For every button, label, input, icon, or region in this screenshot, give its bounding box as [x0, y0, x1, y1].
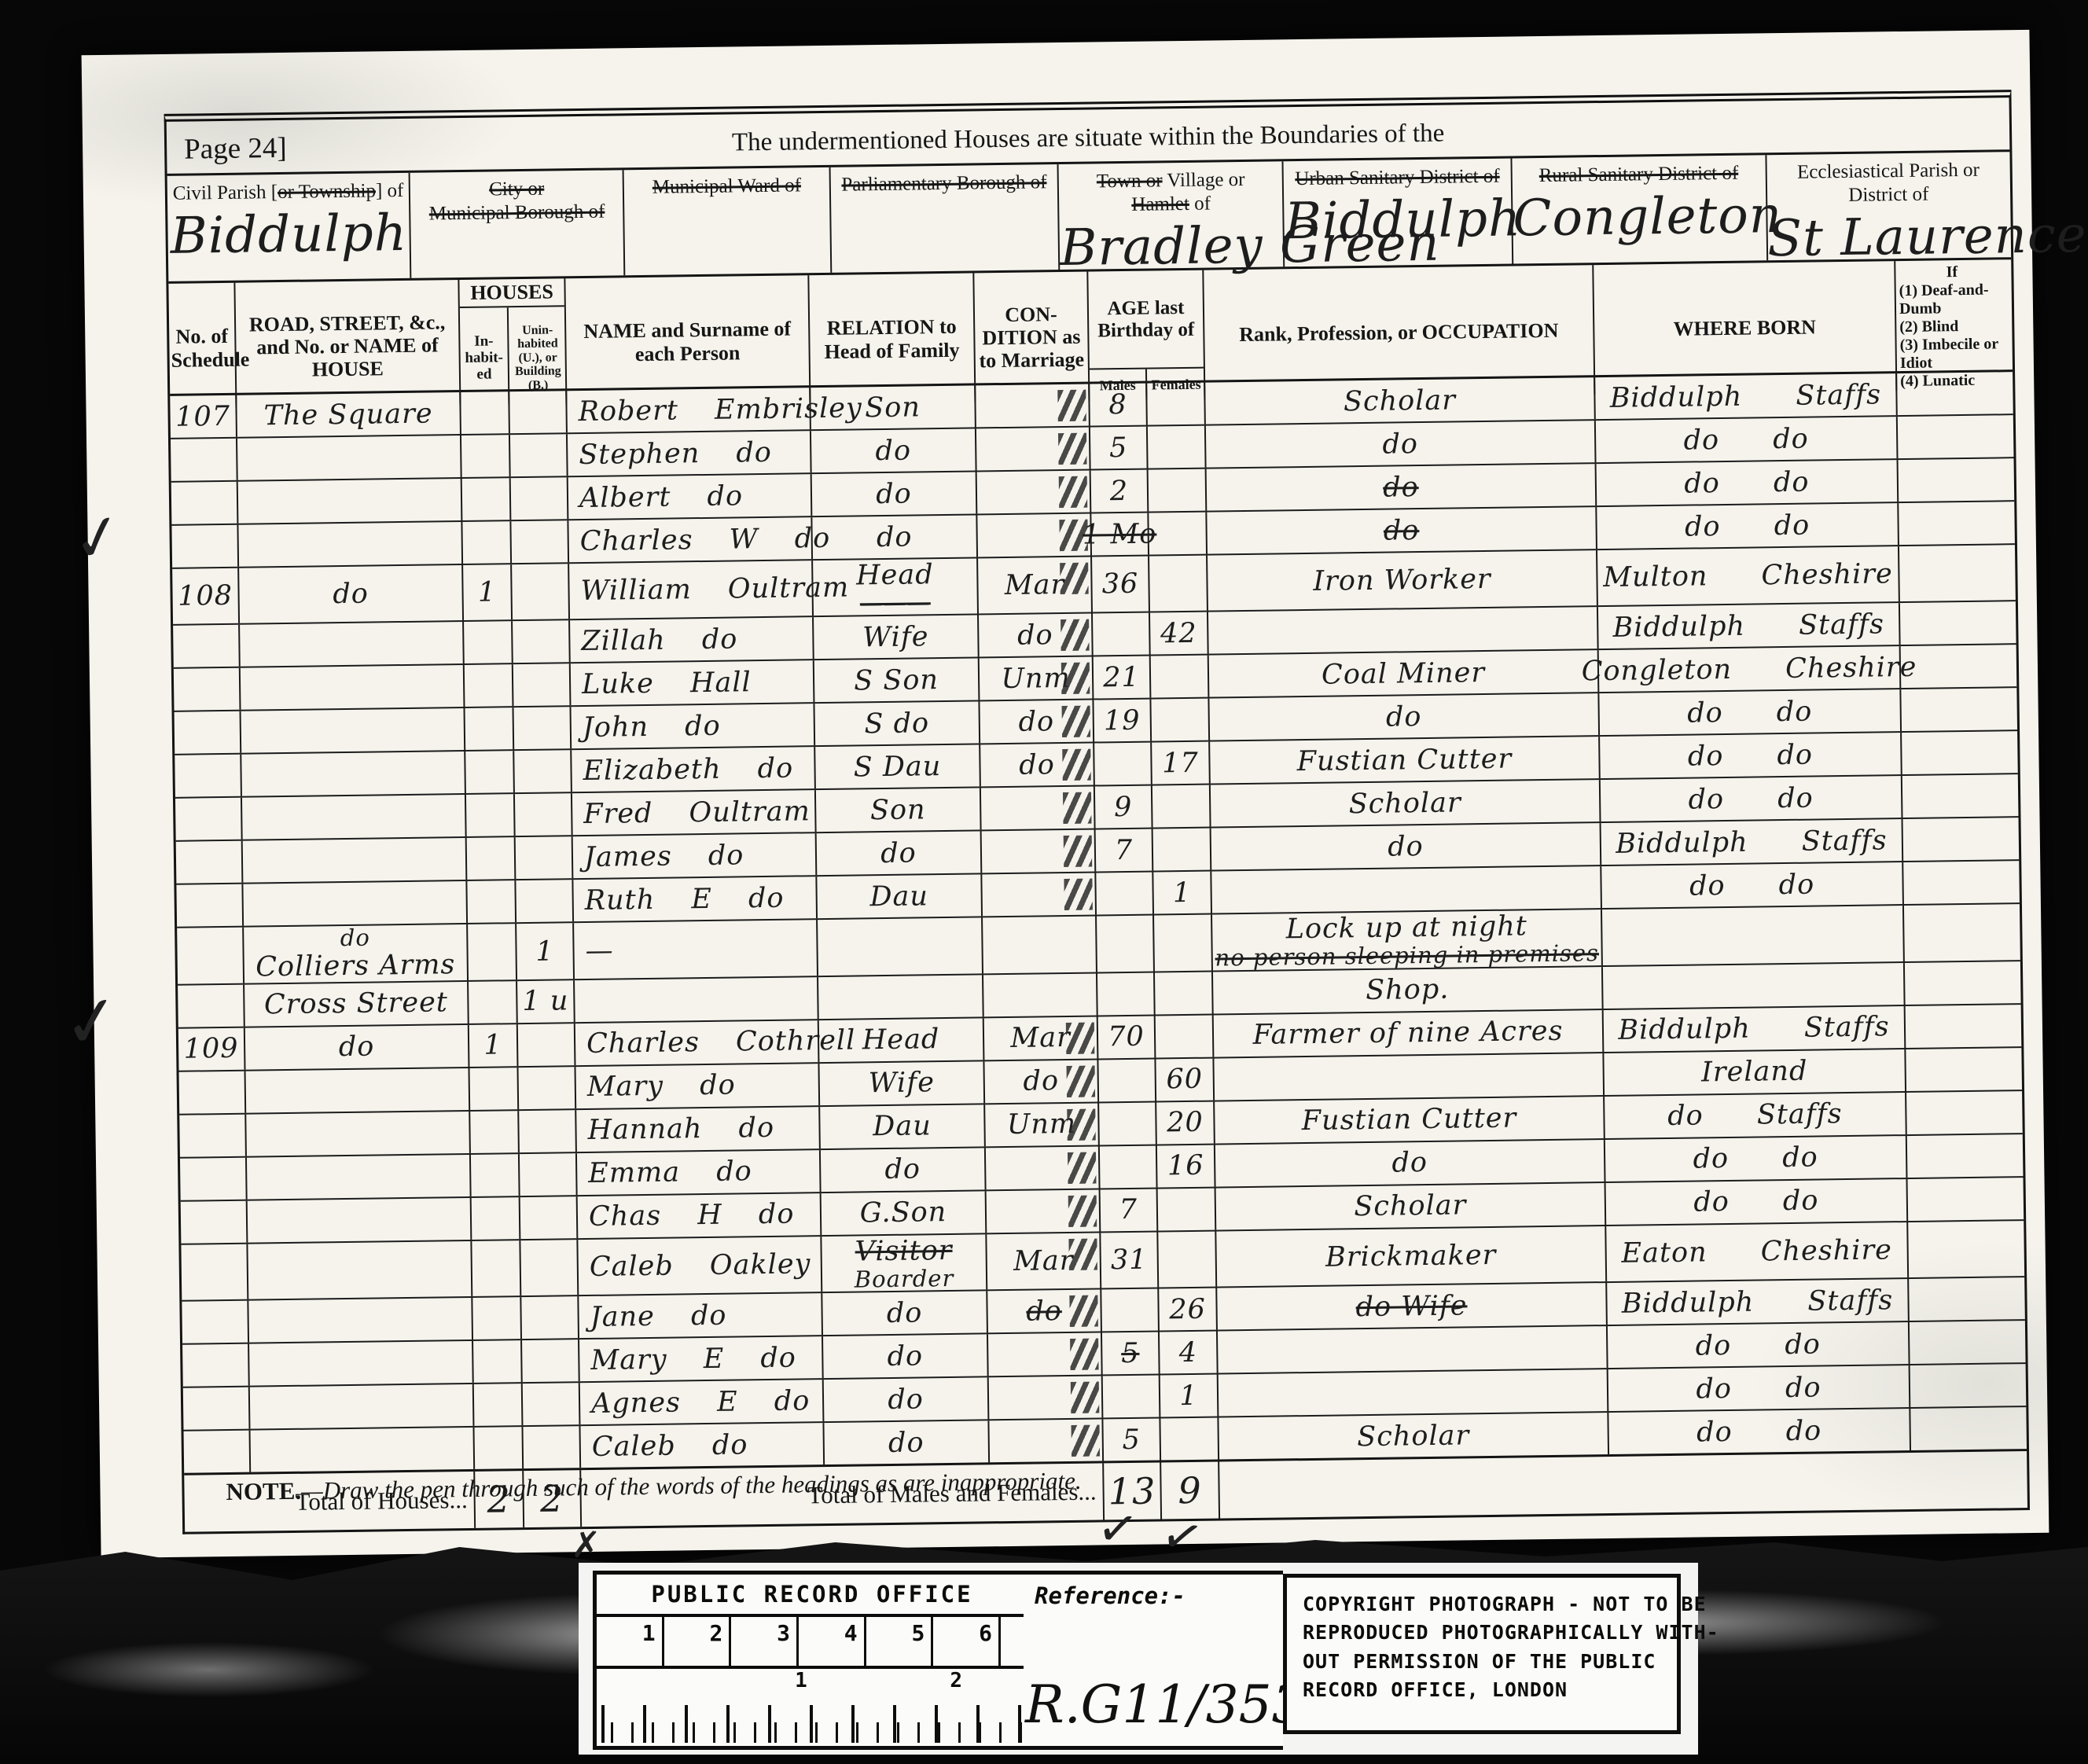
cell-age-male	[1097, 916, 1155, 972]
cell-occupation	[1214, 1053, 1605, 1100]
cell-person-name: —	[574, 921, 818, 979]
pro-ruler-box: PUBLIC RECORD OFFICE 1 2 3 4 5 6 1 2	[593, 1571, 1031, 1750]
cell-age-female	[1155, 972, 1214, 1014]
cell-person-name: Charles Cothrell	[575, 1020, 820, 1065]
cell-schedule-number	[171, 439, 238, 481]
ruler-cm-6: 6	[933, 1617, 1001, 1666]
cell-relation: Head———	[813, 558, 979, 616]
cell-uninhabited	[520, 1196, 579, 1239]
cell-inhabited	[472, 1197, 521, 1240]
cell-age-male: 36	[1092, 557, 1150, 612]
district-municipal-borough: City orMunicipal Borough of	[410, 170, 626, 278]
district-label: Urban Sanitary District of	[1284, 159, 1511, 192]
pen-check-mark: ✓	[57, 977, 126, 1065]
cell-infirmity	[1901, 645, 2013, 689]
cell-age-female	[1149, 513, 1208, 555]
cell-infirmity	[1910, 1364, 2022, 1407]
cell-relation: G.Son	[822, 1191, 987, 1235]
cell-age-male: 8	[1090, 384, 1148, 426]
col-header-houses: HOUSES	[459, 278, 564, 308]
district-label: City orMunicipal Borough of	[410, 170, 623, 226]
cell-age-male	[1098, 1059, 1156, 1101]
cell-uninhabited	[514, 751, 572, 793]
cell-road-name: The Square	[237, 392, 461, 437]
cell-where-born	[1602, 906, 1905, 965]
cell-schedule-number: 108	[172, 568, 240, 625]
cell-road-name	[248, 1198, 472, 1243]
cell-where-born: do do	[1608, 1365, 1911, 1411]
cell-condition: do	[980, 700, 1094, 744]
cell-age-male: 5	[1102, 1332, 1160, 1375]
cell-inhabited	[467, 881, 516, 924]
cell-relation: Son	[811, 385, 976, 429]
cell-inhabited	[470, 1068, 520, 1110]
census-form: Page 24] The undermentioned Houses are s…	[164, 90, 2030, 1534]
cell-infirmity	[1906, 1091, 2018, 1134]
cell-person-name: Caleb Oakley	[578, 1237, 822, 1295]
cell-occupation	[1208, 608, 1599, 654]
district-civil-parish: Civil Parish [or Township] of Biddulph	[167, 173, 412, 281]
cell-inhabited	[461, 391, 510, 434]
cell-relation: do	[823, 1335, 989, 1379]
cell-age-female	[1149, 469, 1208, 512]
cell-where-born: Ireland	[1604, 1049, 1906, 1095]
cell-schedule-number	[175, 711, 242, 754]
cell-age-female	[1158, 1231, 1217, 1287]
ruler-inch-1: 1	[795, 1669, 807, 1692]
cell-relation	[818, 975, 984, 1019]
cell-road-name	[242, 795, 467, 840]
cell-schedule-number: 107	[170, 395, 237, 438]
cell-uninhabited: 1 u	[517, 980, 575, 1023]
district-urban-sanitary: Urban Sanitary District of Biddulph	[1284, 158, 1513, 266]
cell-inhabited: 1	[463, 564, 513, 620]
ruler-inch-2: 2	[950, 1669, 962, 1692]
district-label: Municipal Ward of	[624, 167, 829, 200]
cell-schedule-number	[176, 884, 244, 927]
cell-relation: VisitorBoarder	[822, 1234, 987, 1292]
cell-road-name: Cross Street	[244, 982, 469, 1027]
cell-road-name	[237, 435, 462, 480]
cell-uninhabited	[513, 621, 571, 663]
cell-age-female: 1	[1153, 872, 1212, 914]
cell-infirmity	[1899, 502, 2010, 545]
cell-where-born: do do	[1605, 1136, 1908, 1182]
cell-person-name: Emma do	[577, 1150, 822, 1195]
cell-inhabited	[465, 752, 515, 794]
cell-infirmity	[1906, 1005, 2017, 1048]
cell-relation: do	[812, 472, 978, 516]
cell-schedule-number	[179, 1071, 247, 1114]
cell-age-female: 20	[1156, 1101, 1215, 1144]
cell-condition: Mar	[978, 557, 1093, 614]
cell-person-name: James do	[573, 834, 818, 879]
cell-relation: do	[811, 428, 977, 472]
cell-condition	[977, 471, 1092, 514]
cell-condition	[976, 384, 1090, 428]
cell-person-name: Luke Hall	[571, 661, 815, 706]
cell-person-name: Agnes E do	[580, 1380, 825, 1424]
cell-person-name: Jane do	[579, 1293, 823, 1338]
cell-person-name: William Oultram	[569, 560, 814, 619]
cell-person-name: Zillah do	[570, 618, 814, 663]
cell-inhabited: 1	[469, 1024, 519, 1067]
district-town-village: Town or Village orHamlet of Bradley Gree…	[1059, 161, 1285, 270]
col-header-houses-group: HOUSES In-habit-ed Unin-habited (U.), or…	[459, 278, 567, 410]
cell-infirmity	[1899, 545, 2011, 601]
cell-age-female: 4	[1160, 1332, 1219, 1374]
cell-condition	[988, 1333, 1103, 1376]
cell-age-female	[1149, 556, 1208, 612]
cell-person-name: John do	[572, 704, 816, 749]
cell-uninhabited	[512, 564, 570, 619]
census-page-scan: Page 24] The undermentioned Houses are s…	[82, 30, 2049, 1558]
cell-infirmity	[1903, 862, 2015, 905]
cell-relation: S do	[814, 702, 980, 746]
cell-occupation: Fustian Cutter	[1210, 737, 1601, 784]
cell-where-born: Biddulph Staffs	[1604, 1006, 1906, 1052]
cell-condition	[989, 1376, 1104, 1420]
cell-where-born: Eaton Cheshire	[1606, 1222, 1909, 1281]
cell-occupation	[1219, 1369, 1609, 1416]
infirmities-header: If(1) Deaf-and-Dumb(2) Blind(3) Imbecile…	[1895, 259, 2008, 391]
cell-inhabited	[462, 478, 512, 520]
cell-road-name	[240, 622, 465, 667]
cell-infirmity	[1908, 1178, 2020, 1221]
cell-road-name	[248, 1298, 473, 1343]
cell-where-born: do do	[1597, 503, 1899, 549]
cell-where-born: Congleton Cheshire	[1599, 647, 1902, 693]
ruler-cm-scale: 1 2 3 4 5 6	[597, 1617, 1027, 1669]
cell-schedule-number	[175, 755, 242, 797]
cell-age-female: 60	[1156, 1058, 1215, 1101]
col-header-age-group: AGE last Birthday of Males Females	[1088, 270, 1205, 402]
col-header-condition: CON-DITION as to Marriage	[974, 272, 1090, 403]
cell-inhabited	[470, 1111, 520, 1153]
footnote-prefix: NOTE.	[226, 1477, 301, 1505]
cell-relation: S Son	[814, 659, 980, 703]
cell-age-male	[1103, 1376, 1161, 1418]
cell-condition: Unm	[980, 657, 1094, 700]
cell-age-male: 19	[1094, 700, 1152, 742]
cell-age-female	[1153, 829, 1212, 871]
cell-age-male	[1093, 613, 1151, 656]
cell-person-name: Ruth E do	[573, 877, 818, 922]
cell-condition: do	[980, 744, 1095, 787]
cell-infirmity	[1905, 961, 2016, 1005]
district-ecclesiastical-parish: Ecclesiastical Parish orDistrict of St L…	[1766, 152, 2011, 260]
district-label: Parliamentary Borough of	[830, 164, 1057, 197]
district-label: Ecclesiastical Parish orDistrict of	[1766, 152, 2010, 208]
cell-infirmity	[1899, 458, 2010, 502]
cell-relation: Wife	[819, 1061, 985, 1105]
district-rural-sanitary: Rural Sanitary District of Congleton	[1513, 155, 1768, 263]
cell-age-female	[1156, 1015, 1215, 1057]
cell-where-born: Biddulph Staffs	[1598, 604, 1901, 649]
cell-schedule-number	[176, 841, 244, 884]
cell-schedule-number	[173, 625, 241, 667]
cell-where-born	[1603, 963, 1906, 1009]
cell-occupation: do	[1206, 421, 1597, 467]
cell-infirmity	[1902, 732, 2013, 775]
cell-road-name	[241, 708, 466, 753]
cell-occupation: do	[1207, 507, 1597, 553]
cell-where-born: Biddulph Staffs	[1595, 373, 1898, 419]
cell-uninhabited	[509, 391, 568, 433]
cell-age-male: 5	[1103, 1419, 1161, 1461]
cell-occupation: Scholar	[1205, 377, 1596, 424]
cell-relation: do	[824, 1378, 990, 1422]
cell-age-male: 31	[1101, 1232, 1159, 1288]
cell-relation: S Dau	[815, 745, 981, 789]
cell-age-female	[1154, 915, 1213, 971]
cell-road-name	[241, 752, 466, 796]
cell-uninhabited	[520, 1153, 578, 1196]
cell-infirmity	[1906, 1048, 2017, 1091]
cell-uninhabited	[516, 837, 574, 880]
ruler-tick-marks	[601, 1705, 1023, 1743]
cell-age-female	[1152, 785, 1211, 828]
cell-inhabited	[469, 981, 518, 1023]
cell-infirmity	[1898, 415, 2009, 458]
cell-relation: Dau	[820, 1104, 986, 1148]
cell-uninhabited	[511, 520, 569, 563]
cell-inhabited	[464, 622, 513, 664]
cell-person-name: Mary E do	[579, 1336, 824, 1381]
cell-relation: Dau	[817, 875, 983, 919]
cell-condition	[989, 1420, 1104, 1463]
cell-person-name: Robert Embrisley	[567, 388, 811, 432]
cell-inhabited	[465, 708, 515, 751]
cell-inhabited	[465, 665, 514, 707]
cell-relation: do	[822, 1292, 988, 1336]
cell-infirmity	[1897, 372, 2009, 415]
cell-occupation: Iron Worker	[1208, 550, 1598, 611]
cell-age-female	[1151, 699, 1210, 741]
cell-relation: do	[821, 1148, 987, 1192]
cell-schedule-number	[171, 525, 239, 568]
cell-age-female	[1160, 1418, 1219, 1461]
cell-age-female: 26	[1159, 1288, 1218, 1331]
cell-occupation: Scholar	[1219, 1413, 1609, 1459]
cell-uninhabited	[510, 434, 568, 476]
cell-uninhabited	[519, 1110, 577, 1152]
cell-condition	[983, 973, 1098, 1016]
cell-age-male	[1094, 743, 1152, 785]
cell-where-born: do do	[1599, 690, 1902, 736]
cell-infirmity	[1910, 1407, 2022, 1450]
col-header-schedule: No. ofSchedule	[168, 283, 237, 413]
cell-condition	[987, 1189, 1101, 1233]
cell-person-name: Mary do	[575, 1064, 820, 1108]
cell-occupation: Scholar	[1216, 1183, 1607, 1229]
cell-age-female	[1147, 383, 1206, 425]
cell-schedule-number	[175, 798, 243, 840]
cell-condition	[977, 514, 1092, 557]
cell-where-born: do do	[1596, 417, 1899, 462]
cell-uninhabited	[521, 1296, 579, 1339]
ruler-cm-2: 2	[664, 1617, 732, 1666]
cell-age-female	[1158, 1188, 1217, 1230]
cell-person-name	[575, 977, 819, 1022]
cell-occupation: Lock up at nightno person sleeping in pr…	[1212, 910, 1603, 971]
district-label: Rural Sanitary District of	[1513, 155, 1766, 188]
district-label: Civil Parish [or Township] of	[167, 173, 410, 206]
cell-occupation: do	[1215, 1140, 1606, 1186]
cell-schedule-number	[184, 1431, 252, 1473]
pen-cross-mark: ✗	[571, 1523, 601, 1566]
cell-age-male: 7	[1101, 1189, 1159, 1231]
cell-schedule-number	[181, 1244, 248, 1301]
cell-person-name: Stephen do	[568, 431, 812, 476]
cell-road-name	[251, 1428, 476, 1472]
cell-age-male	[1097, 972, 1156, 1015]
cell-occupation: Farmer of nine Acres	[1214, 1010, 1605, 1057]
cell-infirmity	[1901, 689, 2013, 732]
cell-inhabited	[474, 1427, 524, 1469]
cell-condition	[982, 873, 1097, 917]
cell-person-name: Charles W do	[568, 517, 813, 562]
cell-age-male	[1100, 1145, 1158, 1188]
cell-age-male	[1099, 1102, 1157, 1145]
cell-occupation	[1211, 867, 1602, 913]
cell-road-name	[246, 1068, 471, 1113]
totals-empty	[1219, 1451, 2023, 1518]
cell-where-born: do do	[1597, 460, 1899, 505]
cell-inhabited	[471, 1154, 520, 1196]
cell-schedule-number	[181, 1201, 248, 1244]
cell-occupation: do	[1207, 464, 1597, 510]
reference-area: Reference:- R.G11/3535.	[1024, 1571, 1283, 1750]
cell-relation: Son	[816, 788, 982, 832]
cell-infirmity	[1909, 1277, 2020, 1321]
cell-infirmity	[1900, 602, 2012, 645]
cell-where-born: Multon Cheshire	[1597, 546, 1900, 605]
cell-road-name: do	[245, 1025, 470, 1070]
cell-road-name	[238, 522, 463, 567]
cell-occupation	[1218, 1326, 1608, 1373]
cell-schedule-number	[174, 668, 241, 711]
cell-occupation: Shop.	[1213, 967, 1604, 1013]
cell-age-female: 16	[1157, 1145, 1216, 1187]
cell-relation: Wife	[814, 616, 980, 660]
cell-condition: do	[979, 614, 1094, 657]
cell-schedule-number	[180, 1158, 248, 1200]
cell-age-female: 1	[1160, 1375, 1219, 1417]
cell-age-male	[1101, 1289, 1160, 1332]
cell-schedule-number	[182, 1301, 249, 1343]
cell-where-born: Biddulph Staffs	[1601, 819, 1904, 865]
cell-age-female: 17	[1152, 742, 1211, 785]
public-record-office-stamp: PUBLIC RECORD OFFICE 1 2 3 4 5 6 1 2 Ref…	[579, 1563, 1698, 1755]
ruler-cm-5: 5	[866, 1617, 934, 1666]
cell-condition: do	[984, 1060, 1099, 1103]
cell-infirmity	[1903, 818, 2015, 862]
cell-infirmity	[1908, 1221, 2020, 1277]
cell-road-name	[243, 881, 468, 926]
cell-age-male: 9	[1095, 786, 1153, 829]
ruler-cm-4: 4	[799, 1617, 866, 1666]
cell-age-male: 21	[1094, 656, 1152, 699]
cell-relation: do	[824, 1421, 990, 1465]
cell-where-born: do do	[1601, 862, 1904, 908]
cell-inhabited	[473, 1340, 523, 1383]
cell-where-born: do do	[1606, 1179, 1909, 1225]
cell-uninhabited	[523, 1426, 581, 1468]
cell-uninhabited	[522, 1340, 580, 1382]
cell-inhabited	[462, 521, 512, 564]
cell-person-name: Elizabeth do	[572, 748, 816, 792]
cell-schedule-number	[179, 1115, 247, 1157]
cell-uninhabited	[514, 707, 572, 750]
cell-relation: do	[812, 515, 978, 559]
copyright-notice: COPYRIGHT PHOTOGRAPH - NOT TO BEREPRODUC…	[1283, 1574, 1681, 1734]
cell-age-female	[1151, 656, 1210, 698]
cell-condition: do	[987, 1290, 1102, 1333]
cell-person-name: Hannah do	[576, 1107, 821, 1152]
pen-check-mark: ✓	[1094, 1498, 1142, 1560]
cell-condition	[986, 1146, 1101, 1189]
cell-inhabited	[467, 838, 516, 880]
cell-person-name: Fred Oultram	[572, 791, 817, 836]
cell-inhabited	[461, 435, 511, 477]
cell-road-name	[243, 838, 468, 883]
cell-inhabited	[468, 924, 517, 980]
ruler-cm-3: 3	[731, 1617, 799, 1666]
cell-relation	[818, 918, 983, 976]
cell-uninhabited	[520, 1240, 579, 1295]
cell-uninhabited	[511, 477, 569, 520]
cell-age-male: 7	[1096, 829, 1154, 872]
cell-person-name: Caleb do	[580, 1423, 825, 1468]
cell-occupation: Coal Miner	[1209, 651, 1600, 697]
ruler-cm-1: 1	[597, 1617, 664, 1666]
census-rows: 107 The Square Robert Embrisley Son 8 Sc…	[170, 372, 2027, 1473]
cell-road-name	[247, 1155, 472, 1200]
district-municipal-ward: Municipal Ward of	[624, 167, 832, 275]
cell-road-name	[248, 1241, 472, 1299]
cell-road-name	[246, 1112, 471, 1156]
cell-age-male: 70	[1098, 1016, 1156, 1058]
cell-road-name: do	[239, 565, 464, 623]
cell-infirmity	[1910, 1321, 2021, 1364]
cell-age-male: 2	[1091, 470, 1149, 513]
cell-person-name: Chas H do	[578, 1193, 822, 1238]
district-label: Town or Village orHamlet of	[1059, 161, 1283, 218]
cell-uninhabited: 1	[516, 924, 575, 979]
cell-road-name	[250, 1384, 475, 1429]
cell-inhabited	[472, 1297, 522, 1340]
cell-occupation: Scholar	[1211, 781, 1601, 827]
cell-uninhabited	[518, 1067, 576, 1109]
cell-schedule-number	[178, 985, 245, 1027]
cell-age-female: 42	[1150, 612, 1209, 655]
cell-occupation: do Wife	[1217, 1283, 1608, 1329]
district-parliamentary-borough: Parliamentary Borough of	[830, 164, 1060, 273]
cell-age-male: 1 Mo	[1091, 513, 1149, 556]
cell-inhabited	[474, 1384, 524, 1426]
cell-occupation: Brickmaker	[1216, 1226, 1607, 1287]
reference-label: Reference:-	[1024, 1575, 1283, 1609]
cell-inhabited	[472, 1240, 521, 1296]
cell-road-name	[241, 665, 465, 710]
pro-office-title: PUBLIC RECORD OFFICE	[597, 1575, 1027, 1617]
cell-infirmity	[1907, 1134, 2019, 1178]
cell-uninhabited	[518, 1023, 576, 1066]
col-header-age: AGE last Birthday of	[1088, 270, 1204, 369]
cell-where-born: Biddulph Staffs	[1607, 1279, 1910, 1325]
cell-schedule-number	[177, 928, 244, 984]
